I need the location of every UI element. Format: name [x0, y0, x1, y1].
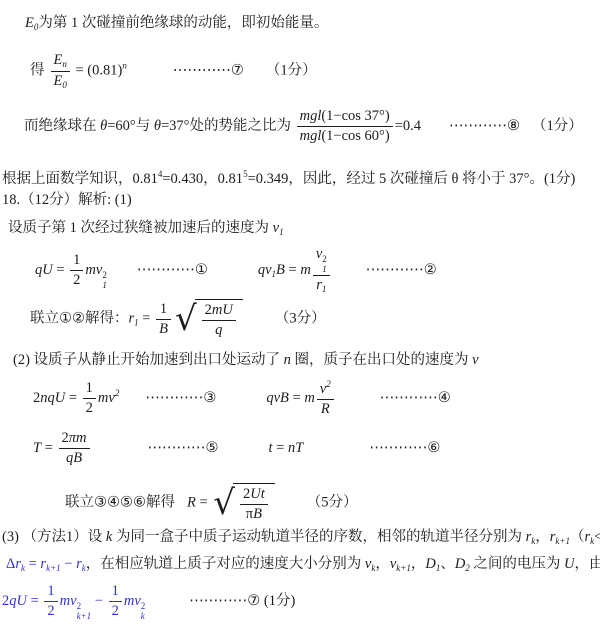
subscript: 1 — [322, 284, 327, 294]
subscript: 1 — [102, 281, 107, 291]
math-variable: mv — [60, 593, 77, 609]
fraction-numerator: v2 — [317, 379, 334, 399]
math-variable: qvB — [266, 390, 289, 406]
radical-body: 2UtπB — [233, 483, 275, 524]
math-variable: n — [284, 352, 291, 368]
delta-r-definition-text: Δrk = rk+1 − rk，在相应轨道上质子对应的速度大小分别为 vk，vk… — [6, 555, 600, 575]
subscript: 0 — [62, 80, 67, 90]
fraction: EnE0 — [51, 52, 70, 91]
math-variable: qU — [9, 593, 27, 609]
conclusion-collisions-text: 根据上面数学知识，0.814=0.430，0.815=0.349，因此，经过 5… — [2, 168, 575, 190]
fraction-denominator: mgl(1−cos 60°) — [297, 126, 393, 145]
text-run: 18.（12分）解析: (1) — [2, 192, 132, 208]
fraction: v2R — [317, 379, 334, 419]
subscript: n — [62, 59, 67, 69]
text-run: 得 — [30, 63, 45, 79]
math-variable: B — [253, 506, 262, 522]
text-run: =0.430，0.81 — [162, 171, 243, 187]
math-variable: U — [564, 556, 574, 572]
part-2-setup-text: (2) 设质子从静止开始加速到出口处运动了 n 圈，质子在出口处的速度为 v — [13, 351, 479, 371]
text-run: 2 — [112, 603, 119, 619]
text-run: ⋯⋯⋯⋯⑧ — [449, 118, 520, 134]
text-run: 1 — [112, 583, 119, 599]
text-run: 为第 1 次碰撞前绝缘球的动能，即初始能量。 — [38, 15, 328, 31]
text-run: （5分） — [307, 495, 358, 511]
subscript: k+1 — [46, 563, 61, 573]
fraction-denominator: 2 — [83, 398, 96, 417]
fraction-denominator: 2 — [109, 601, 122, 620]
math-variable: R — [321, 401, 330, 417]
text-run: − — [91, 593, 106, 609]
math-variable: q — [215, 322, 222, 338]
text-run: 联立③④⑤⑥解得 — [65, 495, 175, 511]
setup-velocity-text: 设质子第 1 次经过狭缝被加速后的速度为 v1 — [8, 219, 284, 239]
math-variable: qB — [66, 450, 82, 466]
fraction: 12 — [83, 380, 96, 418]
text-run: ⋯⋯⋯⋯① — [137, 262, 208, 278]
text-run: = — [41, 440, 56, 456]
fraction-denominator: q — [202, 320, 236, 339]
text-run: ，在相应轨道上质子对应的速度大小分别为 — [86, 556, 365, 572]
math-variable: πm — [69, 430, 87, 446]
text-run: 设质子第 1 次经过狭缝被加速后的速度为 — [8, 220, 273, 236]
superscript: 2 — [326, 379, 331, 389]
text-run: 1 — [47, 583, 54, 599]
text-run: （1分） — [266, 63, 317, 79]
math-variable: mv — [98, 390, 115, 406]
fraction-numerator: v21 — [313, 246, 330, 275]
text-run: 2 — [62, 430, 69, 446]
text-run: (1−cos 60°) — [321, 128, 389, 144]
radical: √2mUq — [175, 299, 243, 340]
fraction-denominator: 2 — [44, 601, 57, 620]
fraction-numerator: En — [51, 52, 70, 71]
text-run: ， — [375, 556, 390, 572]
math-variable: nT — [288, 440, 303, 456]
math-variable: mU — [212, 302, 233, 318]
text-run: = (0.81) — [72, 63, 122, 79]
text-run: = — [196, 495, 211, 511]
formula-row-3-4: 2nqU = 12mv2⋯⋯⋯⋯③qvB = mv2R⋯⋯⋯⋯④ — [33, 379, 451, 419]
radical-sign-icon: √ — [175, 304, 197, 334]
subscript: 1 — [322, 265, 327, 275]
fraction-denominator: R — [317, 399, 334, 418]
text-run: （ — [570, 529, 585, 545]
math-variable: m — [300, 262, 310, 278]
text-run: 联立①②解得： — [30, 311, 129, 327]
text-run: =37°处的势能之比为 — [161, 118, 295, 134]
fraction: 1B — [156, 301, 171, 339]
math-variable: qU — [35, 262, 53, 278]
formula-7-energy-theorem: 2qU = 12mv2k+1 − 12mv2k⋯⋯⋯⋯⑦ (1分) — [2, 583, 295, 622]
text-run: 1 — [160, 301, 167, 317]
part-3-method-text: (3) （方法1）设 k 为同一盒子中质子运动轨道半径的序数，相邻的轨道半径分别… — [2, 528, 600, 548]
superscript: 2 — [115, 388, 120, 398]
text-run: (3) （方法1）设 — [2, 529, 106, 545]
math-variable: D — [425, 556, 435, 572]
math-variable: D — [455, 556, 465, 572]
sup-sub-stack: 2k+1 — [77, 602, 92, 621]
text-run: ⋯⋯⋯⋯④ — [380, 390, 451, 406]
fraction: mgl(1−cos 37°)mgl(1−cos 60°) — [297, 108, 393, 146]
text-run: ⋯⋯⋯⋯⑤ — [148, 440, 219, 456]
math-variable: θ — [154, 118, 161, 134]
formula-7-energy-ratio: 得EnE0 = (0.81)n⋯⋯⋯⋯⑦（1分） — [30, 52, 317, 91]
text-run: （3分） — [275, 311, 326, 327]
text-run: π — [246, 506, 253, 522]
fraction-denominator: E0 — [51, 71, 70, 91]
text-run: =60°与 — [107, 118, 154, 134]
math-variable: mv — [124, 593, 141, 609]
sup-sub-stack: 21 — [322, 255, 327, 274]
text-run: 、 — [440, 556, 455, 572]
fraction: v21r1 — [313, 246, 330, 295]
fraction: 12 — [70, 252, 83, 290]
subscript: k+1 — [77, 612, 92, 622]
math-variable: R — [187, 495, 196, 511]
subscript: 1 — [279, 227, 284, 237]
text-run: （1分） — [532, 118, 583, 134]
formula-8-potential-ratio: 而绝缘球在 θ=60°与 θ=37°处的势能之比为 mgl(1−cos 37°)… — [24, 108, 583, 146]
text-run: =0.4 — [395, 118, 421, 134]
text-run: 1 — [73, 252, 80, 268]
text-run: (2) 设质子从静止开始加速到出口处运动了 — [13, 352, 284, 368]
fraction-denominator: qB — [59, 448, 90, 467]
text-run: = — [27, 593, 42, 609]
text-run: ⋯⋯⋯⋯⑦ — [173, 63, 244, 79]
math-variable: E — [25, 15, 34, 31]
formula-row-1-2: qU = 12mv21⋯⋯⋯⋯①qv1B = mv21r1⋯⋯⋯⋯② — [35, 246, 437, 295]
text-run: 2 — [47, 603, 54, 619]
fraction: 2UtπB — [240, 486, 268, 524]
math-variable: mv — [85, 262, 102, 278]
text-run: 之间的电压为 — [470, 556, 564, 572]
text-run: = — [139, 311, 154, 327]
text-run: = — [285, 262, 300, 278]
fraction-numerator: 1 — [156, 301, 171, 319]
text-run: Δ — [6, 556, 15, 572]
text-run: ，由动能定理知 — [575, 556, 600, 572]
text-run: ⋯⋯⋯⋯⑦ (1分) — [189, 593, 295, 609]
radical-body: 2mUq — [195, 299, 243, 340]
fraction-denominator: πB — [240, 504, 268, 523]
sup-sub-stack: 2k — [141, 602, 146, 621]
text-run: ， — [411, 556, 426, 572]
math-variable: Ut — [250, 486, 265, 502]
text-run: = — [273, 440, 288, 456]
text-run: 1 — [86, 380, 93, 396]
text-run: = — [65, 390, 80, 406]
text-run: 2 — [86, 400, 93, 416]
fraction-numerator: 2πm — [59, 430, 90, 448]
problem-18-header: 18.（12分）解析: (1) — [2, 191, 132, 211]
fraction: 12 — [109, 583, 122, 621]
math-variable: nqU — [40, 390, 65, 406]
text-run: < — [594, 529, 600, 545]
subscript: k — [141, 612, 146, 622]
text-run: ， — [535, 529, 550, 545]
fraction-numerator: 2Ut — [240, 486, 268, 504]
fraction-numerator: 1 — [83, 380, 96, 398]
radical-sign-icon: √ — [213, 488, 235, 518]
math-variable: B — [159, 321, 168, 337]
fraction-numerator: mgl(1−cos 37°) — [297, 108, 393, 126]
math-variable: m — [304, 390, 314, 406]
text-run: 为同一盒子中质子运动轨道半径的序数，相邻的轨道半径分别为 — [112, 529, 525, 545]
text-run: 2 — [205, 302, 212, 318]
solution-document-page: E0为第 1 次碰撞前绝缘球的动能，即初始能量。 得EnE0 = (0.81)n… — [0, 0, 600, 632]
text-run: ⋯⋯⋯⋯② — [366, 262, 437, 278]
text-run: 2 — [73, 272, 80, 288]
text-run: ⋯⋯⋯⋯③ — [145, 390, 216, 406]
solve-r1-line: 联立①②解得：r1 = 1B√2mUq（3分） — [30, 299, 326, 340]
fraction: 12 — [44, 583, 57, 621]
fraction: 2mUq — [202, 302, 236, 340]
text-run: 根据上面数学知识，0.81 — [2, 171, 158, 187]
radical: √2UtπB — [213, 483, 274, 524]
math-variable: v — [472, 352, 478, 368]
text-run: = — [289, 390, 304, 406]
solve-R-line: 联立③④⑤⑥解得R = √2UtπB（5分） — [65, 483, 357, 524]
intro-energy-text: E0为第 1 次碰撞前绝缘球的动能，即初始能量。 — [25, 14, 328, 34]
sup-sub-stack: 21 — [102, 271, 107, 290]
text-run: = — [25, 556, 40, 572]
fraction-denominator: B — [156, 319, 171, 338]
math-variable: mgl — [300, 128, 322, 144]
fraction-denominator: r1 — [313, 275, 330, 295]
text-run: 圈，质子在出口处的速度为 — [291, 352, 472, 368]
superscript: n — [122, 61, 127, 71]
text-run: (1−cos 37°) — [321, 108, 389, 124]
fraction-numerator: 2mU — [202, 302, 236, 320]
math-variable: qv — [258, 262, 272, 278]
text-run: ⋯⋯⋯⋯⑥ — [369, 440, 440, 456]
math-variable: B — [276, 262, 285, 278]
subscript: k+1 — [396, 563, 411, 573]
fraction-numerator: 1 — [70, 252, 83, 270]
text-run: =0.349，因此，经过 5 次碰撞后 θ 将小于 37°。(1分) — [248, 171, 576, 187]
text-run: − — [61, 556, 76, 572]
text-run: 而绝缘球在 — [24, 118, 100, 134]
subscript: k+1 — [555, 536, 570, 546]
fraction: 2πmqB — [59, 430, 90, 468]
formula-row-5-6: T = 2πmqB⋯⋯⋯⋯⑤t = nT⋯⋯⋯⋯⑥ — [33, 430, 440, 468]
fraction-numerator: 1 — [44, 583, 57, 601]
math-variable: T — [33, 440, 41, 456]
fraction-numerator: 1 — [109, 583, 122, 601]
text-run: = — [53, 262, 68, 278]
math-variable: mgl — [300, 108, 322, 124]
fraction-denominator: 2 — [70, 270, 83, 289]
